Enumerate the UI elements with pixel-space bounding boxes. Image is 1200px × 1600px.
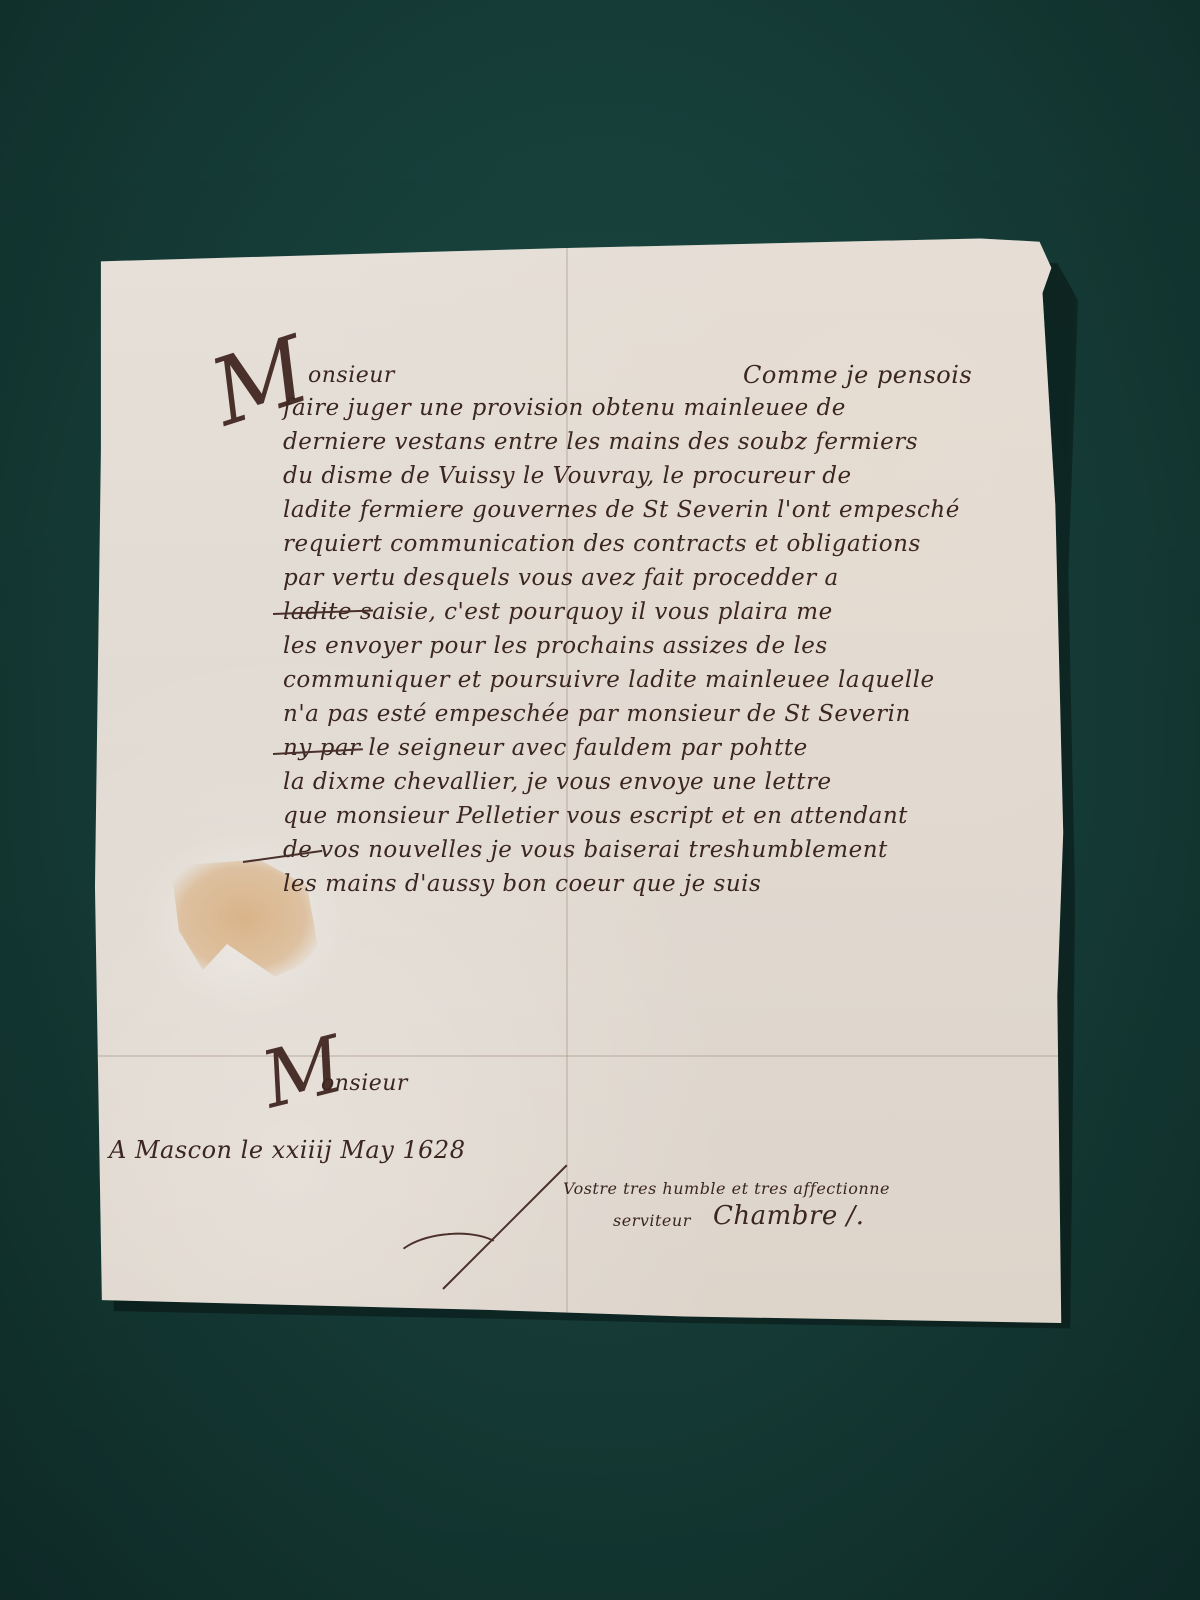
body-line: du disme de Vuissy le Vouvray, le procur… xyxy=(283,463,852,489)
body-line: par vertu desquels vous avez fait proced… xyxy=(283,565,839,591)
signature-courtesy: Vostre tres humble et tres affectionne xyxy=(563,1179,890,1198)
body-line: derniere vestans entre les mains des sou… xyxy=(283,429,918,455)
letter-paper: M onsieur Comme je pensois faire juger u… xyxy=(93,233,1079,1323)
signature-servant: serviteur xyxy=(613,1211,691,1230)
body-line: ladite fermiere gouvernes de St Severin … xyxy=(283,497,960,523)
signature-flourish-stroke xyxy=(442,1165,567,1290)
body-line: de vos nouvelles je vous baiserai treshu… xyxy=(283,837,888,863)
opening-right: Comme je pensois xyxy=(743,361,972,389)
body-line: la dixme chevallier, je vous envoye une … xyxy=(283,769,832,795)
horizontal-fold-crease xyxy=(93,1055,1079,1057)
body-line: communiquer et poursuivre ladite mainleu… xyxy=(283,667,935,693)
salutation-initial: M xyxy=(199,316,322,447)
salutation-word: onsieur xyxy=(308,363,395,388)
body-line: ladite saisie, c'est pourquoy il vous pl… xyxy=(283,599,833,625)
signature-name: Chambre /. xyxy=(713,1201,865,1231)
body-line: les mains d'aussy bon coeur que je suis xyxy=(283,871,761,897)
body-line: requiert communication des contracts et … xyxy=(283,531,921,557)
closing-word: onsieur xyxy=(321,1071,408,1096)
body-line: n'a pas esté empeschée par monsieur de S… xyxy=(283,701,911,727)
dateline: A Mascon le xxiiij May 1628 xyxy=(109,1136,465,1164)
body-line: faire juger une provision obtenu mainleu… xyxy=(283,395,846,421)
body-line: que monsieur Pelletier vous escript et e… xyxy=(283,803,908,829)
body-line: les envoyer pour les prochains assizes d… xyxy=(283,633,828,659)
